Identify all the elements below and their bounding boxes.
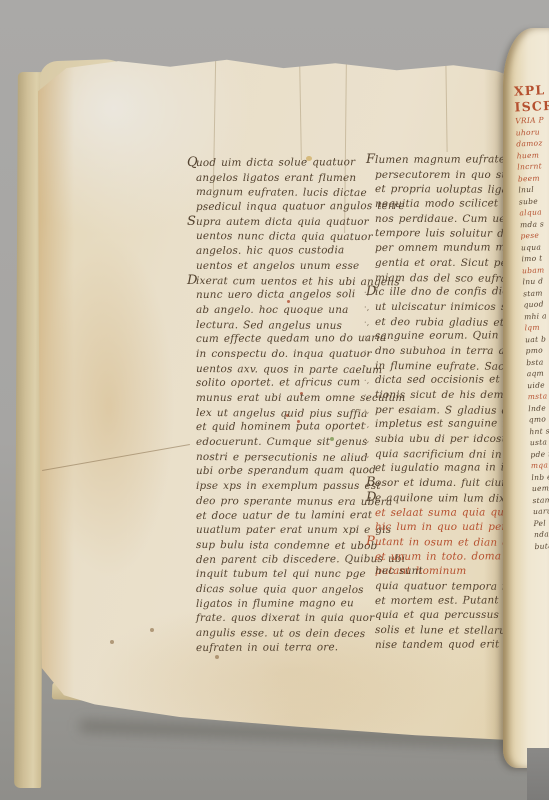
facing-page-line: pde m [530, 447, 549, 460]
facing-page-line: uem [532, 481, 549, 494]
facing-page-lines: XPLISCRVRIA Puhorudamozhuemlncrntbeemlnu… [503, 28, 549, 552]
facing-page-line: lnde [528, 401, 549, 414]
quote-mark: ·, [364, 404, 370, 419]
manuscript-line: munus erat ubi autem omne seculum [196, 391, 374, 406]
facing-page-line: buta [534, 539, 549, 552]
initial-letter: P [366, 535, 375, 550]
quote-mark: ·, [364, 433, 370, 448]
facing-page-line: XPL [514, 82, 549, 100]
initial-letter: S [187, 215, 196, 230]
facing-page-line: uaru [533, 504, 549, 517]
manuscript-line: inquit tubum tel qui nunc pge [196, 567, 374, 582]
manuscript-line: angelos ligatos erant flumen [196, 171, 374, 186]
manuscript-line: psedicul inqua quatuor angulos terre [196, 199, 374, 215]
facing-page-line: msta [528, 389, 549, 402]
manuscript-line: et quid hominem puta oportet [196, 419, 374, 435]
manuscript-line: den parent cib discedere. Quibus ubi [196, 552, 374, 568]
facing-page-line: ndar [534, 527, 549, 540]
manuscript-line: et doce uatur de tu lamini erat [196, 508, 374, 524]
photo-background: { "colors": { "bg": "#a8a7a5", "ink": "#… [0, 0, 549, 800]
facing-page-line: hnt s [529, 424, 549, 437]
manuscript-line: solito oportet. et africus cum [196, 375, 374, 391]
quote-mark: ·, [364, 448, 370, 463]
manuscript-line: edocuerunt. Cumque sit genus [196, 435, 374, 450]
stain-speck [110, 640, 114, 644]
left-column: Quod uim dicta solue quatuorangelos liga… [196, 156, 374, 655]
manuscript-line: Quod uim dicta solue quatuor [196, 155, 374, 171]
facing-page-line: mqa [531, 458, 549, 471]
manuscript-line: frate. quos dixerat in quia quor [196, 611, 374, 626]
facing-page-line: ISCR [514, 98, 549, 116]
crease-line [299, 60, 302, 160]
facing-page-edge: XPLISCRVRIA Puhorudamozhuemlncrntbeemlnu… [503, 28, 549, 768]
facing-page-line: usta [530, 435, 549, 448]
facing-page-line: lnb e [531, 470, 549, 483]
facing-page-line: uide [527, 378, 549, 391]
manuscript-page: Quod uim dicta solue quatuorangelos liga… [38, 52, 510, 752]
facing-page-line: qmo [529, 412, 549, 425]
facing-page-line: lqm [524, 321, 549, 334]
facing-page-line: aqm [526, 366, 549, 379]
quote-mark: ·, [364, 345, 370, 360]
quote-mark: ·, [364, 374, 370, 389]
facing-page-line: bsta [526, 355, 549, 368]
manuscript-line: ipse xps in exemplum passus est [196, 479, 374, 494]
crease-line [445, 62, 447, 152]
manuscript-line: Supra autem dicta quia quatuor [196, 215, 374, 230]
manuscript-line: eufraten in oui terra ore. [196, 640, 374, 656]
manuscript-line: ubi orbe sperandum quam quod [196, 464, 374, 480]
manuscript-line: nunc uero dicta angelos soli [196, 287, 374, 303]
quote-mark: ·, [364, 301, 370, 316]
facing-page-line: mhi a [524, 309, 549, 322]
quote-mark: ·, [364, 330, 370, 345]
facing-page-line: VRIA P [515, 114, 549, 127]
facing-page-line: Pel n [533, 516, 549, 529]
manuscript-line: uuatlum pater erat unum xpi e gis [196, 523, 374, 538]
facing-page-line: stam [532, 493, 549, 506]
manuscript-line: angelos. hic quos custodia [196, 243, 374, 259]
stain-left-blotch [44, 237, 174, 577]
manuscript-line: ab angelo. hoc quoque una [196, 303, 374, 318]
facing-page-line: uat b [525, 332, 549, 345]
quote-mark: ·, [364, 389, 370, 404]
manuscript-line: in conspectu do. inqua quatuor [196, 347, 374, 362]
quote-mark: ·, [364, 315, 370, 330]
stain-speck [150, 628, 154, 632]
quote-mark: ·, [364, 360, 370, 375]
manuscript-line: uentos et angelos unum esse [196, 259, 374, 274]
facing-page-line: pmo [525, 343, 549, 356]
manuscript-line: ligatos in flumine magno eu [196, 596, 374, 612]
shadow-bottom-right [527, 748, 549, 800]
quote-mark: ·, [364, 418, 370, 433]
manuscript-line: cum effecte quedam uno do uaria [196, 331, 374, 347]
